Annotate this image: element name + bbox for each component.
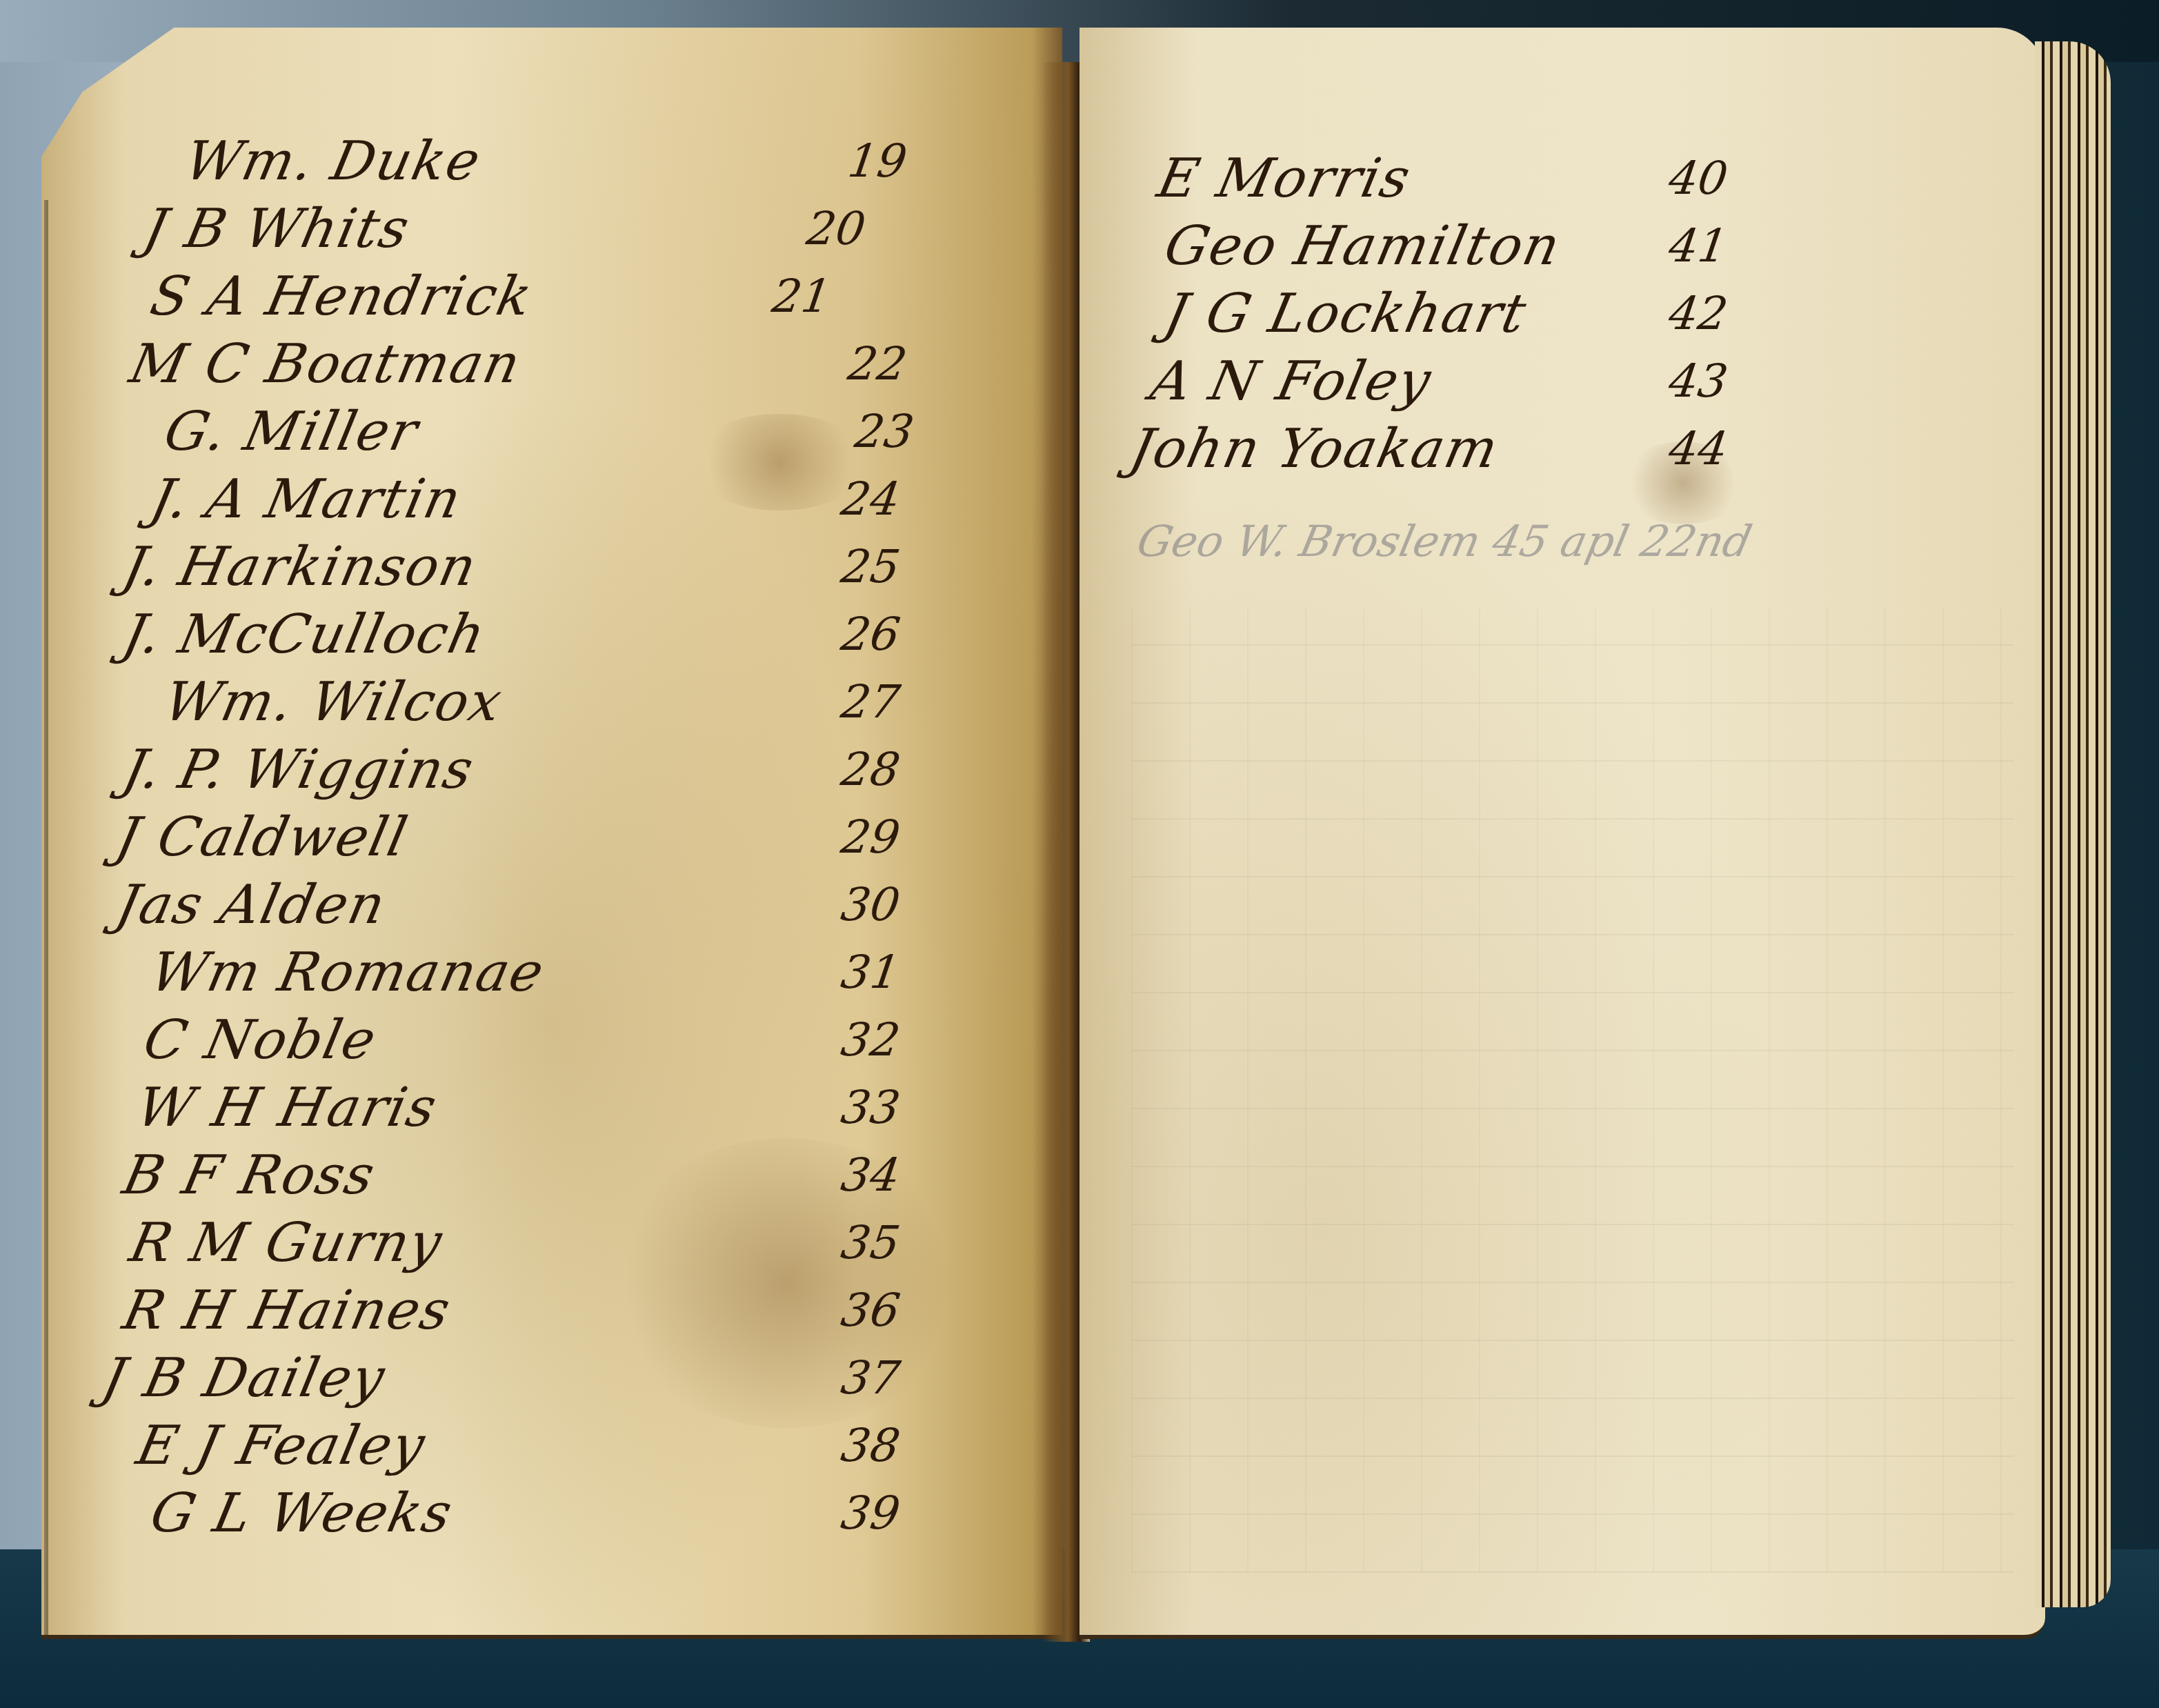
list-item: S A Hendrick21	[152, 263, 924, 330]
entry-number: 22	[844, 330, 911, 398]
list-item: R H Haines36	[124, 1277, 924, 1344]
entry-number: 27	[837, 668, 904, 736]
entry-name: M C Boatman	[124, 330, 528, 398]
list-item: J G Lockhart42	[1166, 280, 1752, 348]
list-item: J. McCulloch26	[124, 601, 924, 668]
list-item: R M Gurny35	[131, 1209, 924, 1277]
entry-number: 39	[837, 1480, 904, 1547]
entry-number: 37	[837, 1344, 904, 1412]
entry-name: R M Gurny	[124, 1209, 449, 1277]
list-item: J B Dailey37	[103, 1344, 924, 1412]
entry-name: John Yoakam	[1124, 415, 1505, 483]
list-item: Geo Hamilton41	[1166, 212, 1752, 280]
entry-name: S A Hendrick	[145, 263, 539, 330]
left-page-entries: Wm. Duke19 J B Whits20 S A Hendrick21 M …	[110, 128, 924, 1547]
right-page-entries: E Morris40 Geo Hamilton41 J G Lockhart42…	[1131, 145, 1752, 483]
entry-name: A N Foley	[1145, 348, 1438, 415]
entry-number: 40	[1664, 145, 1732, 212]
entry-number: 21	[768, 263, 835, 330]
entry-name: J G Lockhart	[1159, 280, 1533, 348]
entry-name: E J Fealey	[131, 1412, 432, 1480]
entry-number: 20	[802, 195, 870, 263]
entry-number: 35	[837, 1209, 904, 1277]
entry-name: G. Miller	[159, 398, 425, 466]
faint-ruling	[1131, 607, 2014, 1573]
entry-number: 38	[837, 1412, 904, 1480]
list-item: Wm Romanae31	[152, 939, 924, 1006]
entry-number: 28	[837, 736, 904, 804]
list-item: A N Foley43	[1152, 348, 1752, 415]
entry-number: 41	[1664, 212, 1732, 280]
entry-name: Jas Alden	[110, 871, 392, 939]
entry-number: 29	[837, 804, 904, 871]
entry-number: 19	[844, 128, 911, 195]
entry-name: J B Whits	[138, 195, 417, 263]
left-page-edges	[44, 200, 88, 1635]
list-item: G L Weeks39	[152, 1480, 924, 1547]
entry-name: Wm. Wilcox	[159, 668, 509, 736]
entry-number: 34	[837, 1142, 904, 1209]
list-item: E Morris40	[1159, 145, 1752, 212]
list-item: J Caldwell29	[117, 804, 924, 871]
entry-number: 30	[837, 871, 904, 939]
list-item: John Yoakam44	[1131, 415, 1752, 483]
entry-number: 44	[1664, 415, 1732, 483]
list-item: E J Fealey38	[138, 1412, 924, 1480]
entry-name: W H Haris	[131, 1074, 444, 1142]
page-stack-edges	[2035, 41, 2111, 1607]
entry-number: 36	[837, 1277, 904, 1344]
list-item: W H Haris33	[138, 1074, 924, 1142]
list-item: M C Boatman22	[131, 330, 924, 398]
entry-name: J. McCulloch	[117, 601, 493, 668]
entry-name: J. Harkinson	[117, 533, 484, 601]
entry-number: 25	[837, 533, 904, 601]
pencil-note: Geo W. Broslem 45 apl 22nd	[1131, 510, 2041, 573]
list-item: J. P. Wiggins28	[124, 736, 924, 804]
list-item: J. Harkinson25	[124, 533, 924, 601]
entry-number: 42	[1664, 280, 1732, 348]
entry-name: E Morris	[1152, 145, 1417, 212]
entry-name: R H Haines	[117, 1277, 457, 1344]
entry-number: 26	[837, 601, 904, 668]
entry-name: G L Weeks	[145, 1480, 459, 1547]
list-item: G. Miller23	[166, 398, 924, 466]
list-item: J. A Martin24	[152, 466, 924, 533]
list-item: C Noble32	[145, 1006, 924, 1074]
entry-name: B F Ross	[117, 1142, 382, 1209]
entry-name: J. A Martin	[145, 466, 468, 533]
entry-number: 23	[850, 398, 918, 466]
entry-name: J Caldwell	[110, 804, 415, 871]
list-item: Wm. Duke19	[186, 128, 924, 195]
entry-number: 31	[837, 939, 904, 1006]
list-item: Wm. Wilcox27	[166, 668, 924, 736]
entry-number: 33	[837, 1074, 904, 1142]
entry-number: 32	[837, 1006, 904, 1074]
entry-name: Geo Hamilton	[1159, 212, 1567, 280]
entry-name: J B Dailey	[97, 1344, 392, 1412]
entry-name: J. P. Wiggins	[117, 736, 481, 804]
entry-name: Wm Romanae	[145, 939, 551, 1006]
list-item: Jas Alden30	[117, 871, 924, 939]
entry-number: 24	[837, 466, 904, 533]
list-item: J B Whits20	[145, 195, 924, 263]
entry-number: 43	[1664, 348, 1732, 415]
list-item: B F Ross34	[124, 1142, 924, 1209]
entry-name: C Noble	[138, 1006, 384, 1074]
entry-name: Wm. Duke	[179, 128, 488, 195]
